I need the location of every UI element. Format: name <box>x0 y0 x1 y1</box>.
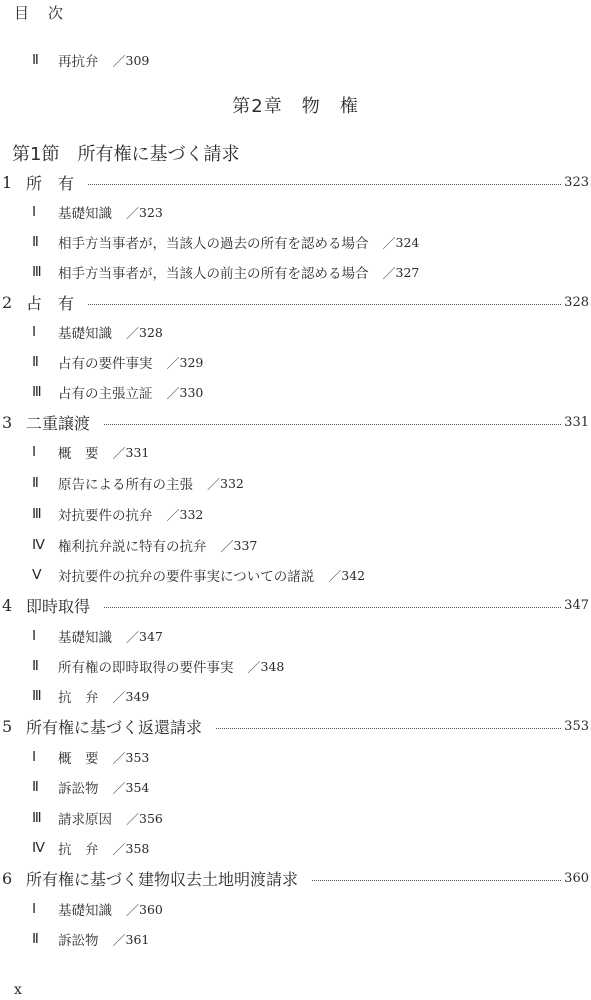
toc-subentry[interactable]: Ⅱ原告による所有の主張／332 <box>32 472 244 494</box>
roman-numeral: Ⅳ <box>32 840 58 857</box>
subentry-title: 相手方当事者が，当該人の過去の所有を認める場合 <box>58 232 369 252</box>
subentry-title: 所有権の即時取得の要件事実 <box>58 656 234 676</box>
subentry-title: 原告による所有の主張 <box>58 473 193 493</box>
subentry-page: 328 <box>139 325 163 340</box>
entry-title: 即時取得 <box>26 594 104 617</box>
subentry-page: 331 <box>126 445 150 460</box>
toc-subentry[interactable]: Ⅳ権利抗弁説に特有の抗弁／337 <box>32 534 257 556</box>
slash-separator: ／ <box>383 263 396 282</box>
toc-entry[interactable]: 4即時取得347 <box>0 593 589 617</box>
slash-separator: ／ <box>113 748 126 767</box>
toc-subentry[interactable]: Ⅰ基礎知識／328 <box>32 321 163 343</box>
subentry-page: 309 <box>126 53 150 68</box>
entry-number: 3 <box>0 413 26 432</box>
entry-page: 360 <box>564 871 589 886</box>
toc-subentry[interactable]: Ⅲ相手方当事者が，当該人の前主の所有を認める場合／327 <box>32 261 419 283</box>
slash-separator: ／ <box>207 474 220 493</box>
toc-subentry[interactable]: Ⅱ所有権の即時取得の要件事実／348 <box>32 655 284 677</box>
entry-title: 占 有 <box>26 291 88 314</box>
dot-leader <box>104 424 561 425</box>
toc-subentry[interactable]: Ⅱ訴訟物／354 <box>32 776 149 798</box>
roman-numeral: Ⅲ <box>32 264 58 281</box>
entry-title: 所 有 <box>26 171 88 194</box>
roman-numeral: Ⅰ <box>32 324 58 341</box>
slash-separator: ／ <box>221 536 234 555</box>
subentry-title: 再抗弁 <box>58 50 99 70</box>
roman-numeral: Ⅱ <box>32 354 58 371</box>
roman-numeral: Ⅱ <box>32 779 58 796</box>
subentry-page: 337 <box>234 538 258 553</box>
slash-separator: ／ <box>328 566 341 585</box>
slash-separator: ／ <box>113 839 126 858</box>
subentry-page: 332 <box>220 476 244 491</box>
subentry-title: 概 要 <box>58 442 99 462</box>
dot-leader <box>312 880 561 881</box>
roman-numeral: Ⅴ <box>32 567 58 584</box>
subentry-page: 354 <box>126 780 150 795</box>
subentry-title: 占有の主張立証 <box>58 382 153 402</box>
subentry-title: 権利抗弁説に特有の抗弁 <box>58 535 207 555</box>
slash-separator: ／ <box>113 51 126 70</box>
roman-numeral: Ⅰ <box>32 204 58 221</box>
roman-numeral: Ⅰ <box>32 749 58 766</box>
subentry-page: 356 <box>139 811 163 826</box>
roman-numeral: Ⅱ <box>32 52 58 69</box>
entry-number: 2 <box>0 293 26 312</box>
toc-subentry[interactable]: Ⅳ抗 弁／358 <box>32 837 149 859</box>
slash-separator: ／ <box>126 627 139 646</box>
subentry-title: 基礎知識 <box>58 626 112 646</box>
subentry-page: 361 <box>126 932 150 947</box>
subentry-title: 訴訟物 <box>58 777 99 797</box>
subentry-page: 353 <box>126 750 150 765</box>
toc-subentry[interactable]: Ⅰ概 要／331 <box>32 441 149 463</box>
subentry-page: 358 <box>126 841 150 856</box>
subentry-title: 対抗要件の抗弁 <box>58 504 153 524</box>
entry-title: 所有権に基づく建物収去土地明渡請求 <box>26 867 312 890</box>
slash-separator: ／ <box>126 900 139 919</box>
roman-numeral: Ⅱ <box>32 234 58 251</box>
toc-subentry[interactable]: Ⅰ概 要／353 <box>32 746 149 768</box>
subentry-title: 請求原因 <box>58 808 112 828</box>
entry-page: 353 <box>564 719 589 734</box>
roman-numeral: Ⅱ <box>32 658 58 675</box>
slash-separator: ／ <box>126 809 139 828</box>
toc-subentry[interactable]: Ⅲ請求原因／356 <box>32 807 163 829</box>
toc-subentry[interactable]: Ⅱ訴訟物／361 <box>32 928 149 950</box>
page-number: x <box>14 982 22 998</box>
subentry-page: 324 <box>396 235 420 250</box>
toc-entry[interactable]: 6所有権に基づく建物収去土地明渡請求360 <box>0 866 589 890</box>
subentry-title: 基礎知識 <box>58 899 112 919</box>
slash-separator: ／ <box>383 233 396 252</box>
roman-numeral: Ⅲ <box>32 688 58 705</box>
subentry-title: 抗 弁 <box>58 838 99 858</box>
roman-numeral: Ⅱ <box>32 931 58 948</box>
subentry-page: 348 <box>261 659 285 674</box>
roman-numeral: Ⅰ <box>32 444 58 461</box>
toc-subentry[interactable]: Ⅴ対抗要件の抗弁の要件事実についての諸説／342 <box>32 564 365 586</box>
toc-subentry[interactable]: Ⅱ占有の要件事実／329 <box>32 351 203 373</box>
subentry-page: 342 <box>341 568 365 583</box>
toc-subentry[interactable]: Ⅲ対抗要件の抗弁／332 <box>32 503 203 525</box>
slash-separator: ／ <box>248 657 261 676</box>
toc-subentry[interactable]: Ⅰ基礎知識／347 <box>32 625 163 647</box>
subentry-title: 基礎知識 <box>58 322 112 342</box>
toc-subentry[interactable]: Ⅱ相手方当事者が，当該人の過去の所有を認める場合／324 <box>32 231 419 253</box>
subentry-title: 占有の要件事実 <box>58 352 153 372</box>
subentry-page: 349 <box>126 689 150 704</box>
roman-numeral: Ⅰ <box>32 901 58 918</box>
slash-separator: ／ <box>167 505 180 524</box>
subentry-title: 相手方当事者が，当該人の前主の所有を認める場合 <box>58 262 369 282</box>
toc-subentry[interactable]: Ⅰ基礎知識／360 <box>32 898 163 920</box>
entry-number: 5 <box>0 717 26 736</box>
roman-numeral: Ⅰ <box>32 628 58 645</box>
toc-subentry[interactable]: Ⅱ 再抗弁 ／ 309 <box>32 49 149 71</box>
roman-numeral: Ⅲ <box>32 384 58 401</box>
subentry-title: 抗 弁 <box>58 686 99 706</box>
subentry-page: 323 <box>139 205 163 220</box>
slash-separator: ／ <box>167 383 180 402</box>
toc-entry[interactable]: 5所有権に基づく返還請求353 <box>0 714 589 738</box>
page-header-title: 目 次 <box>14 2 65 23</box>
subentry-title: 基礎知識 <box>58 202 112 222</box>
roman-numeral: Ⅳ <box>32 537 58 554</box>
roman-numeral: Ⅱ <box>32 475 58 492</box>
entry-page: 328 <box>564 295 589 310</box>
slash-separator: ／ <box>126 203 139 222</box>
subentry-page: 329 <box>180 355 204 370</box>
slash-separator: ／ <box>167 353 180 372</box>
roman-numeral: Ⅲ <box>32 506 58 523</box>
dot-leader <box>88 304 561 305</box>
subentry-title: 訴訟物 <box>58 929 99 949</box>
toc-subentry[interactable]: Ⅰ基礎知識／323 <box>32 201 163 223</box>
slash-separator: ／ <box>113 443 126 462</box>
slash-separator: ／ <box>113 930 126 949</box>
toc-entry[interactable]: 2占 有328 <box>0 290 589 314</box>
subentry-title: 概 要 <box>58 747 99 767</box>
entry-page: 347 <box>564 598 589 613</box>
slash-separator: ／ <box>113 687 126 706</box>
dot-leader <box>88 184 561 185</box>
toc-entry[interactable]: 1所 有323 <box>0 170 589 194</box>
subentry-page: 360 <box>139 902 163 917</box>
toc-entry[interactable]: 3二重譲渡331 <box>0 410 589 434</box>
toc-subentry[interactable]: Ⅲ占有の主張立証／330 <box>32 381 203 403</box>
entry-number: 4 <box>0 596 26 615</box>
entry-number: 1 <box>0 173 26 192</box>
entry-page: 323 <box>564 175 589 190</box>
roman-numeral: Ⅲ <box>32 810 58 827</box>
subentry-page: 332 <box>180 507 204 522</box>
entry-title: 二重譲渡 <box>26 411 104 434</box>
chapter-heading: 第2章 物 権 <box>0 92 591 118</box>
dot-leader <box>216 728 561 729</box>
subentry-page: 327 <box>396 265 420 280</box>
dot-leader <box>104 607 561 608</box>
subentry-page: 330 <box>180 385 204 400</box>
subentry-title: 対抗要件の抗弁の要件事実についての諸説 <box>58 565 314 585</box>
section-heading: 第1節 所有権に基づく請求 <box>12 140 239 166</box>
entry-number: 6 <box>0 869 26 888</box>
toc-subentry[interactable]: Ⅲ抗 弁／349 <box>32 685 149 707</box>
subentry-page: 347 <box>139 629 163 644</box>
entry-title: 所有権に基づく返還請求 <box>26 715 216 738</box>
slash-separator: ／ <box>113 778 126 797</box>
entry-page: 331 <box>564 415 589 430</box>
slash-separator: ／ <box>126 323 139 342</box>
